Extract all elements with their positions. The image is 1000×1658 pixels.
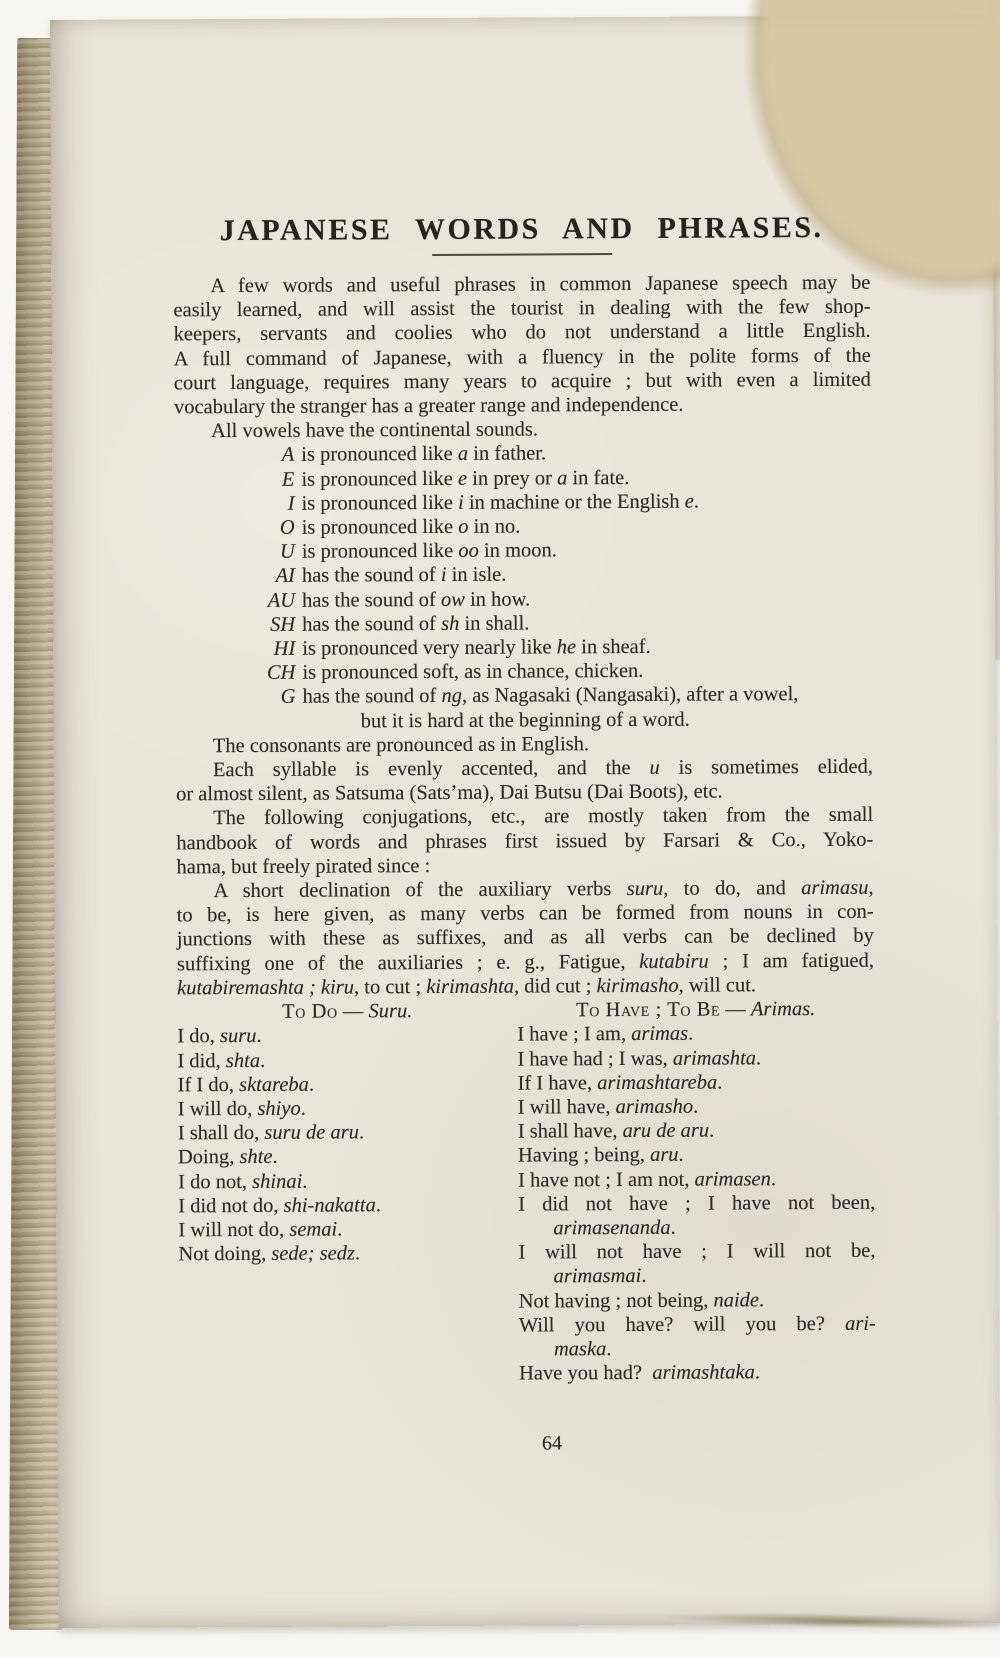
text-segment: hama, but freely pirated since : xyxy=(176,855,430,878)
text-line: Doing, shte. xyxy=(178,1144,518,1170)
body-text-flow: A few words and useful phrases in common… xyxy=(173,271,876,1388)
text-segment: . xyxy=(606,1338,611,1360)
text-line: If I do, sktareba. xyxy=(178,1071,518,1097)
text-segment: kirimasho xyxy=(596,975,678,997)
text-segment: sh xyxy=(441,613,459,635)
text-segment: is pronounced like xyxy=(302,540,459,563)
text-segment: shinai xyxy=(252,1170,302,1192)
text-segment: ng xyxy=(441,685,462,707)
text-segment: I have had ; I was, xyxy=(517,1047,673,1070)
text-segment: Will you have? will you be? xyxy=(519,1313,845,1337)
text-segment: is pronounced soft, as in chance, chicke… xyxy=(302,660,643,684)
text-segment: Each syllable is evenly accented, and th… xyxy=(213,757,650,781)
text-segment: The consonants are pronounced as in Engl… xyxy=(213,733,589,757)
text-segment: naide xyxy=(713,1289,759,1311)
text-line: I have ; I am, arimas. xyxy=(517,1021,874,1047)
text-segment: in father. xyxy=(468,443,546,465)
text-line: If I have, arimashtareba. xyxy=(518,1069,875,1095)
text-segment: is sometimes elided, xyxy=(660,756,873,779)
text-line: but it is hard at the beginning of a wor… xyxy=(361,706,873,733)
text-segment: I have ; I am, xyxy=(517,1023,631,1046)
text-segment: shte xyxy=(239,1146,272,1168)
text-segment: arimasho xyxy=(616,1096,694,1118)
vowel-letter: CH xyxy=(175,661,302,686)
text-segment: suru xyxy=(220,1025,257,1047)
text-segment: sede; sedz xyxy=(271,1243,355,1265)
text-segment: is pronounced like xyxy=(301,443,458,466)
text-segment: a xyxy=(557,467,567,489)
syllable-paragraph: Each syllable is evenly accented, and th… xyxy=(176,755,873,807)
vowel-text: is pronounced very nearly like he in she… xyxy=(302,634,872,661)
text-segment: kiru xyxy=(321,976,354,998)
text-segment: he xyxy=(557,636,576,658)
text-segment: . xyxy=(256,1025,261,1047)
text-segment: in fate. xyxy=(567,467,629,489)
vowel-letter: O xyxy=(175,516,302,541)
text-segment: I do, xyxy=(177,1025,220,1047)
text-segment: in how. xyxy=(465,588,530,610)
to-do-column: To Do — Suru.I do, suru.I did, shta.If I… xyxy=(177,999,518,1267)
text-segment: . xyxy=(309,1073,314,1095)
text-segment: or almost silent, as Satsuma (Sats’ma), … xyxy=(176,781,723,806)
to-have-to-be-column: To Have ; To Be — Arimas.I have ; I am, … xyxy=(517,997,876,1386)
text-segment: arimasmai xyxy=(554,1265,642,1287)
vowel-text: has the sound of ow in how. xyxy=(302,585,872,612)
vowel-text: is pronounced like e in prey or a in fat… xyxy=(301,464,871,491)
vowel-letter: AU xyxy=(175,588,302,613)
vowel-text: is pronounced soft, as in chance, chicke… xyxy=(302,658,872,685)
vowel-letter: I xyxy=(174,492,301,517)
text-segment: has the sound of xyxy=(302,589,441,612)
text-segment: arimas xyxy=(631,1023,688,1045)
text-line: I do, suru. xyxy=(177,1023,517,1049)
text-segment: . xyxy=(688,1023,693,1045)
text-segment: — xyxy=(720,998,751,1020)
text-segment: in no. xyxy=(468,516,520,538)
text-segment: court language, requires many years to a… xyxy=(174,369,871,395)
text-line: A few words and useful phrases in common… xyxy=(173,271,870,299)
text-segment: . xyxy=(759,1289,764,1311)
vowel-line: HIis pronounced very nearly like he in s… xyxy=(175,634,872,662)
vowel-line: AIhas the sound of i in isle. xyxy=(175,561,872,589)
text-line: Having ; being, aru. xyxy=(518,1142,875,1168)
text-line: I shall have, aru de aru. xyxy=(518,1118,875,1144)
vowel-letter: SH xyxy=(175,613,302,638)
text-segment: vocabulary the stranger has a greater ra… xyxy=(174,394,684,419)
text-line: Have you had? arimashtaka. xyxy=(519,1360,876,1386)
text-segment: I will do, xyxy=(178,1098,258,1120)
text-segment: arimashtaka xyxy=(652,1361,755,1384)
text-segment: A full command of Japanese, with a fluen… xyxy=(174,344,871,370)
text-segment: CH xyxy=(267,662,296,684)
vowel-line: Ais pronounced like a in father. xyxy=(174,440,871,468)
text-line: I did not do, shi-nakatta. xyxy=(178,1192,518,1218)
text-line: suffixing one of the auxiliaries ; e. g.… xyxy=(177,948,874,976)
text-segment: . xyxy=(709,1120,714,1142)
text-line: court language, requires many years to a… xyxy=(174,368,871,396)
text-segment: a xyxy=(458,443,468,465)
text-segment: To Have ; To Be xyxy=(576,999,720,1022)
vowel-letter: AI xyxy=(175,564,302,589)
text-segment: ow xyxy=(441,588,465,610)
text-segment: AU xyxy=(268,589,295,611)
text-segment: HI xyxy=(274,638,296,660)
vowel-line: CHis pronounced soft, as in chance, chic… xyxy=(175,658,872,686)
text-segment: in prey or xyxy=(467,467,557,489)
column-header: To Do — Suru. xyxy=(177,999,517,1025)
text-segment: suru xyxy=(627,878,664,900)
text-segment: Not having ; not being, xyxy=(519,1289,714,1312)
intro-paragraph: A few words and useful phrases in common… xyxy=(173,271,871,420)
vowel-line: Eis pronounced like e in prey or a in fa… xyxy=(174,464,871,492)
text-line: I did, shta. xyxy=(177,1047,517,1073)
text-segment: is pronounced like xyxy=(302,516,459,539)
text-segment: has the sound of xyxy=(302,613,441,636)
text-segment: . xyxy=(272,1146,277,1168)
vowel-letter: U xyxy=(175,540,302,565)
text-segment: e xyxy=(458,467,467,489)
vowel-text: is pronounced like a in father. xyxy=(301,440,871,467)
text-segment: . xyxy=(302,1170,307,1192)
text-segment: in machine or the English xyxy=(464,491,685,514)
text-segment: in shall. xyxy=(459,612,529,634)
text-segment: arimashtareba xyxy=(597,1071,717,1094)
text-line: arimasenanda. xyxy=(553,1215,875,1241)
text-segment: keepers, servants and coolies who do not… xyxy=(174,320,871,346)
text-segment: to be, is here given, as many verbs can … xyxy=(177,901,874,927)
vowel-text: is pronounced like i in machine or the E… xyxy=(301,489,871,516)
text-segment: has the sound of xyxy=(302,685,441,708)
text-segment: in moon. xyxy=(479,540,557,562)
text-line: A full command of Japanese, with a fluen… xyxy=(174,343,871,371)
text-segment: Doing, xyxy=(178,1146,240,1168)
text-segment: . xyxy=(359,1121,364,1143)
text-line: I shall do, suru de aru. xyxy=(178,1120,518,1146)
consonants-line: The consonants are pronounced as in Engl… xyxy=(176,731,873,759)
text-segment: is pronounced like xyxy=(301,492,458,515)
vowel-line: Ois pronounced like o in no. xyxy=(175,513,872,541)
text-line: I do not, shinai. xyxy=(178,1168,518,1194)
text-segment: Not doing, xyxy=(178,1243,271,1265)
declination-paragraph: A short declination of the auxiliary ver… xyxy=(177,876,875,1001)
text-segment: I will have, xyxy=(518,1096,616,1119)
text-segment: , as Nagasaki (Nangasaki), after a vowel… xyxy=(462,684,799,708)
text-segment: semai xyxy=(289,1218,337,1240)
text-line: handbook of words and phrases first issu… xyxy=(176,827,873,855)
vowels-intro-line: All vowels have the continental sounds. xyxy=(174,416,871,444)
text-segment: shiyo xyxy=(257,1098,300,1120)
vowel-text: has the sound of ng, as Nagasaki (Nangas… xyxy=(302,682,872,709)
text-line: I did not have ; I have not been, xyxy=(518,1190,875,1216)
text-segment: I do not, xyxy=(178,1170,252,1192)
text-segment: . xyxy=(376,1194,381,1216)
text-line: keepers, servants and coolies who do not… xyxy=(174,319,871,347)
text-line: vocabulary the stranger has a greater ra… xyxy=(174,392,871,420)
page-title: JAPANESE WORDS AND PHRASES. xyxy=(173,211,870,249)
title-rule xyxy=(432,253,612,256)
text-segment: kirimashta xyxy=(426,975,514,997)
text-line: Not having ; not being, naide. xyxy=(519,1287,876,1313)
text-segment: I shall do, xyxy=(178,1122,265,1144)
text-segment: . xyxy=(694,490,699,512)
text-segment: is pronounced very nearly like xyxy=(302,636,557,659)
text-segment: has the sound of xyxy=(302,564,441,587)
text-line: I will have, arimasho. xyxy=(518,1094,875,1120)
text-segment: is pronounced like xyxy=(301,467,458,490)
text-segment: . xyxy=(717,1071,722,1093)
printed-text-area: JAPANESE WORDS AND PHRASES. A few words … xyxy=(173,211,877,1458)
text-segment: ari- xyxy=(845,1312,876,1334)
text-line: Will you have? will you be? ari- xyxy=(519,1311,876,1337)
text-line: I will not have ; I will not be, xyxy=(518,1239,875,1265)
text-segment: . xyxy=(301,1098,306,1120)
vowel-line: AUhas the sound of ow in how. xyxy=(175,585,872,613)
text-segment: , did cut ; xyxy=(514,975,597,997)
text-line: easily learned, and will assist the tour… xyxy=(173,295,870,323)
text-line: maska. xyxy=(554,1336,876,1362)
text-segment: I did, xyxy=(177,1050,226,1072)
text-segment: , will cut. xyxy=(678,974,756,996)
text-segment: Suru. xyxy=(368,1000,412,1022)
text-segment: sktareba xyxy=(239,1073,309,1095)
text-segment: easily learned, and will assist the tour… xyxy=(173,296,870,322)
text-segment: in isle. xyxy=(446,564,506,586)
text-line: I have had ; I was, arimashta. xyxy=(517,1045,874,1071)
text-line: I will not do, semai. xyxy=(178,1216,518,1242)
text-segment: . xyxy=(260,1049,265,1071)
page-curl-shadow xyxy=(660,1610,1000,1632)
text-segment: suffixing one of the auxiliaries ; e. g.… xyxy=(177,951,639,975)
text-line: Each syllable is evenly accented, and th… xyxy=(176,755,873,783)
conjugations-source-paragraph: The following conjugations, etc., are mo… xyxy=(176,803,873,879)
column-header: To Have ; To Be — Arimas. xyxy=(517,997,874,1023)
vowel-line: Iis pronounced like i in machine or the … xyxy=(174,489,871,517)
conjugation-columns: To Do — Suru.I do, suru.I did, shta.If I… xyxy=(177,997,876,1388)
text-segment: . xyxy=(671,1217,676,1239)
text-segment: aru xyxy=(650,1144,679,1166)
text-segment: AI xyxy=(275,565,294,587)
text-segment: . xyxy=(355,1243,360,1265)
text-segment: I shall have, xyxy=(518,1120,623,1143)
text-segment: arimasenanda xyxy=(553,1217,670,1240)
text-segment: . xyxy=(693,1096,698,1118)
text-segment: , to cut ; xyxy=(354,976,426,998)
text-line: I have not ; I am not, arimasen. xyxy=(518,1166,875,1192)
text-line: to be, is here given, as many verbs can … xyxy=(177,900,874,928)
text-line: All vowels have the continental sounds. xyxy=(174,416,871,444)
text-segment: O xyxy=(280,517,295,539)
text-segment: . xyxy=(755,1361,760,1383)
text-segment: A few words and useful phrases in common… xyxy=(210,272,870,297)
text-line: The following conjugations, etc., are mo… xyxy=(176,803,873,831)
text-line: The consonants are pronounced as in Engl… xyxy=(176,731,873,759)
text-segment: If I have, xyxy=(518,1072,598,1094)
text-line: Not doing, sede; sedz. xyxy=(178,1241,518,1267)
text-segment: arimasu xyxy=(801,877,868,899)
text-segment: shi-nakatta xyxy=(283,1194,375,1216)
vowel-letter: E xyxy=(174,467,301,492)
text-segment: in sheaf. xyxy=(576,636,651,658)
text-line: arimasmai. xyxy=(554,1263,876,1289)
text-segment: . xyxy=(756,1047,761,1069)
text-segment: oo xyxy=(458,540,479,562)
text-segment: The following conjugations, etc., are mo… xyxy=(213,804,873,829)
text-segment: arimasen xyxy=(695,1168,771,1190)
text-segment: — xyxy=(338,1000,369,1022)
text-segment: junctions with these as suffixes, and as… xyxy=(177,925,874,951)
text-line: I will do, shiyo. xyxy=(178,1095,518,1121)
text-segment: suru de aru xyxy=(264,1122,359,1144)
vowel-letter: A xyxy=(174,443,301,468)
text-segment: maska xyxy=(554,1338,607,1360)
text-segment: I did not have ; I have not been, xyxy=(518,1191,875,1215)
text-segment: . xyxy=(678,1144,683,1166)
text-segment: , xyxy=(868,877,873,899)
text-line: kutabiremashta ; kiru, to cut ; kirimash… xyxy=(177,973,874,1001)
text-segment: E xyxy=(282,468,295,490)
text-segment: o xyxy=(458,516,468,538)
vowel-line: SHhas the sound of sh in shall. xyxy=(175,610,872,638)
text-segment: . xyxy=(641,1265,646,1287)
page-number: 64 xyxy=(179,1430,876,1458)
text-line: or almost silent, as Satsuma (Sats’ma), … xyxy=(176,779,873,807)
text-segment: I xyxy=(288,493,295,515)
vowel-text: is pronounced like oo in moon. xyxy=(302,537,872,564)
text-segment: ; I am fatigued, xyxy=(709,949,874,972)
text-segment: Having ; being, xyxy=(518,1144,650,1167)
text-segment: SH xyxy=(270,614,295,636)
text-segment: All vowels have the continental sounds. xyxy=(211,419,538,443)
text-segment: A xyxy=(282,444,295,466)
vowel-letter: HI xyxy=(175,637,302,662)
text-segment: U xyxy=(280,541,295,563)
vowel-letter: G xyxy=(175,685,302,710)
text-segment: kutabiru xyxy=(639,950,709,972)
text-line: hama, but freely pirated since : xyxy=(176,852,873,880)
text-segment: . xyxy=(771,1168,776,1190)
vowel-line: Ghas the sound of ng, as Nagasaki (Nanga… xyxy=(175,682,872,710)
vowel-text: is pronounced like o in no. xyxy=(302,513,872,540)
text-segment: If I do, xyxy=(178,1074,240,1096)
text-segment: To Do xyxy=(282,1001,338,1023)
text-segment: handbook of words and phrases first issu… xyxy=(176,828,873,854)
book-page: JAPANESE WORDS AND PHRASES. A few words … xyxy=(50,15,1000,1628)
text-segment: u xyxy=(649,757,659,779)
vowel-sounds-list: Ais pronounced like a in father.Eis pron… xyxy=(174,440,873,734)
text-segment: I did not do, xyxy=(178,1195,283,1218)
text-line: junctions with these as suffixes, and as… xyxy=(177,924,874,952)
text-segment: Have you had? xyxy=(519,1362,652,1385)
text-segment: shta xyxy=(226,1049,260,1071)
vowel-text: has the sound of i in isle. xyxy=(302,561,872,588)
vowel-text: has the sound of sh in shall. xyxy=(302,610,872,637)
vowel-line: Uis pronounced like oo in moon. xyxy=(175,537,872,565)
text-segment: I will not do, xyxy=(178,1219,289,1242)
text-segment: I will not have ; I will not be, xyxy=(518,1240,875,1264)
text-segment: arimashta xyxy=(673,1047,756,1069)
text-segment: but it is hard at the beginning of a wor… xyxy=(361,708,690,732)
text-segment: A short declination of the auxiliary ver… xyxy=(214,878,627,902)
text-segment: G xyxy=(281,686,296,708)
scanned-book-photo: { "page": { "title": "JAPANESE WORDS AND… xyxy=(0,0,1000,1658)
text-segment: , to do, and xyxy=(663,877,801,900)
text-segment: aru de aru xyxy=(623,1120,710,1142)
text-line: A short declination of the auxiliary ver… xyxy=(177,876,874,904)
text-segment: Arimas. xyxy=(751,998,815,1020)
text-segment: . xyxy=(337,1218,342,1240)
text-segment: kutabiremashta ; xyxy=(177,977,316,1000)
text-segment: I have not ; I am not, xyxy=(518,1168,695,1191)
